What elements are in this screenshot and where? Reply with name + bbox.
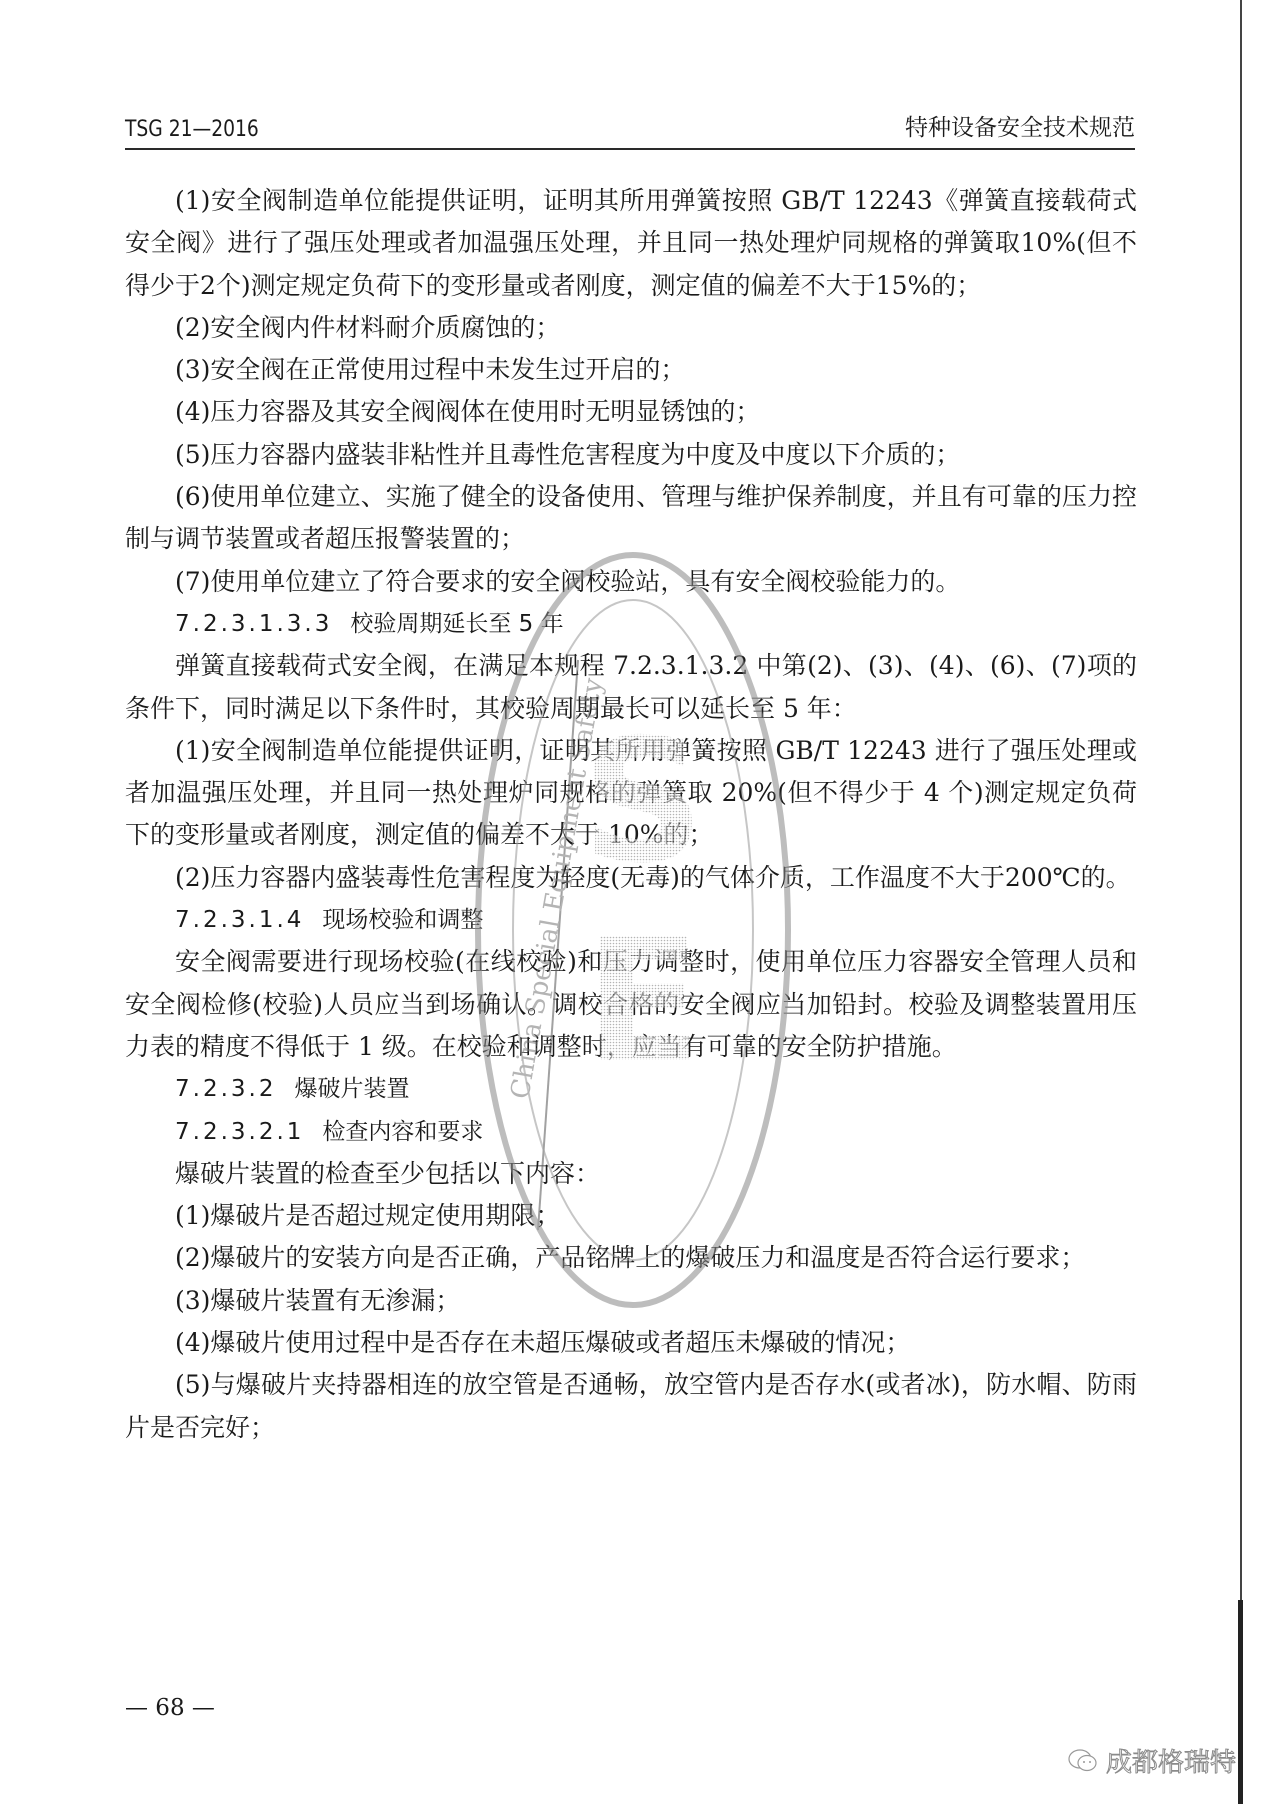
section-title: 检查内容和要求	[322, 1119, 483, 1145]
section-number: 7.2.3.1.4	[175, 907, 304, 933]
list-item: (2)安全阀内件材料耐介质腐蚀的；	[125, 307, 1137, 349]
section-title: 校验周期延长至 5 年	[350, 611, 563, 637]
list-item: (5)与爆破片夹持器相连的放空管是否通畅，放空管内是否存水(或者冰)，防水帽、防…	[125, 1364, 1137, 1449]
section-number: 7.2.3.2.1	[175, 1119, 304, 1145]
list-item: (1)安全阀制造单位能提供证明，证明其所用弹簧按照 GB/T 12243 进行了…	[125, 730, 1137, 857]
section-title: 爆破片装置	[294, 1076, 409, 1102]
list-item: (6)使用单位建立、实施了健全的设备使用、管理与维护保养制度，并且有可靠的压力控…	[125, 476, 1137, 561]
list-item: (2)压力容器内盛装毒性危害程度为轻度(无毒)的气体介质，工作温度不大于200℃…	[125, 857, 1137, 899]
page-header: TSG 21—2016 特种设备安全技术规范	[125, 108, 1135, 150]
list-item: (1)安全阀制造单位能提供证明，证明其所用弹簧按照 GB/T 12243《弹簧直…	[125, 180, 1137, 307]
list-item: (4)压力容器及其安全阀阀体在使用时无明显锈蚀的；	[125, 391, 1137, 433]
source-watermark: 成都格瑞特	[1068, 1742, 1236, 1779]
section-heading: 7.2.3.2.1检查内容和要求	[125, 1111, 1137, 1153]
section-title: 现场校验和调整	[322, 907, 483, 933]
scan-edge-bottom	[1238, 1600, 1243, 1804]
wechat-icon	[1068, 1748, 1098, 1774]
series-title: 特种设备安全技术规范	[905, 109, 1135, 142]
list-item: (4)爆破片使用过程中是否存在未超压爆破或者超压未爆破的情况；	[125, 1322, 1137, 1364]
list-item: (5)压力容器内盛装非粘性并且毒性危害程度为中度及中度以下介质的；	[125, 434, 1137, 476]
list-item: (1)爆破片是否超过规定使用期限；	[125, 1195, 1137, 1237]
paragraph: 安全阀需要进行现场校验(在线校验)和压力调整时，使用单位压力容器安全管理人员和安…	[125, 941, 1137, 1068]
source-brand-text: 成都格瑞特	[1106, 1742, 1236, 1779]
list-item: (7)使用单位建立了符合要求的安全阀校验站，具有安全阀校验能力的。	[125, 561, 1137, 603]
page-content: (1)安全阀制造单位能提供证明，证明其所用弹簧按照 GB/T 12243《弹簧直…	[125, 180, 1137, 1449]
list-item: (3)安全阀在正常使用过程中未发生过开启的；	[125, 349, 1137, 391]
page-number: — 68 —	[125, 1695, 215, 1721]
list-item: (3)爆破片装置有无渗漏；	[125, 1280, 1137, 1322]
list-item: (2)爆破片的安装方向是否正确，产品铭牌上的爆破压力和温度是否符合运行要求；	[125, 1237, 1137, 1279]
paragraph: 爆破片装置的检查至少包括以下内容：	[125, 1153, 1137, 1195]
section-heading: 7.2.3.2爆破片装置	[125, 1068, 1137, 1110]
section-number: 7.2.3.2	[175, 1076, 276, 1102]
scan-edge	[1240, 0, 1242, 1804]
section-number: 7.2.3.1.3.3	[175, 611, 332, 637]
doc-code: TSG 21—2016	[125, 117, 259, 142]
section-heading: 7.2.3.1.3.3校验周期延长至 5 年	[125, 603, 1137, 645]
paragraph: 弹簧直接载荷式安全阀，在满足本规程 7.2.3.1.3.2 中第(2)、(3)、…	[125, 645, 1137, 730]
section-heading: 7.2.3.1.4现场校验和调整	[125, 899, 1137, 941]
